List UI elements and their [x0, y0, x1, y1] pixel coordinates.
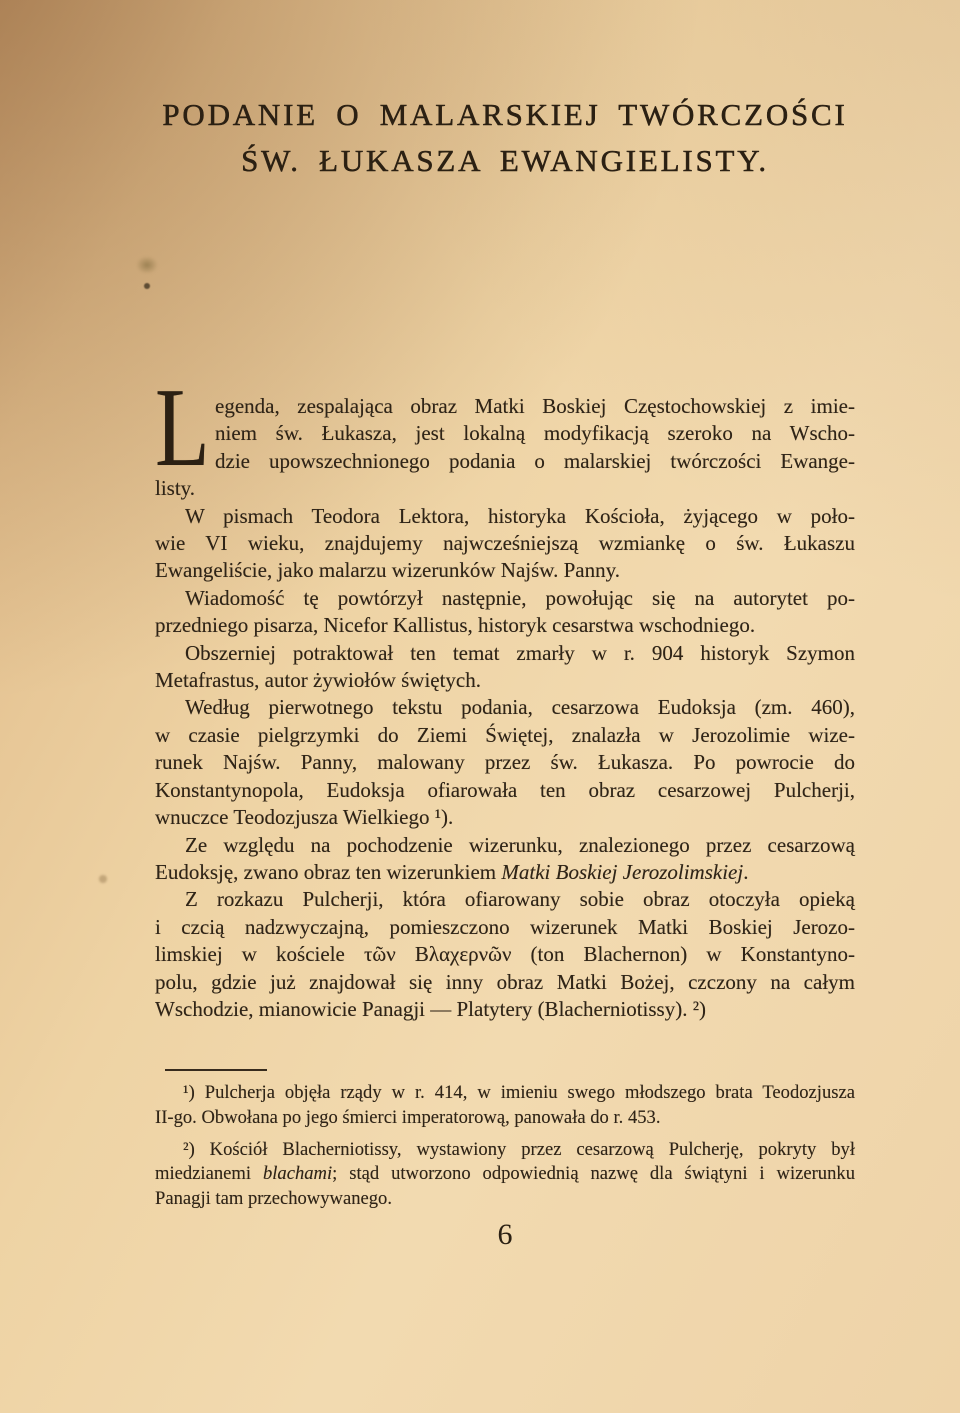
text-run: egenda, zespalająca obraz Matki Boskiej …: [215, 394, 855, 418]
paragraph-1: Legenda, zespalająca obraz Matki Boskiej…: [155, 393, 855, 503]
text-run: .: [743, 860, 748, 884]
text-line: Eudoksję, zwano obraz ten wizerunkiem Ma…: [155, 859, 855, 886]
text-line: wie VI wieku, znajdujemy najwcześniejszą…: [155, 530, 855, 557]
text-run: Ewangeliście, jako malarzu wizerunków Na…: [155, 558, 620, 582]
text-line: Wiadomość tę powtórzył następnie, powołu…: [155, 585, 855, 612]
text-line: Ze względu na pochodzenie wizerunku, zna…: [155, 832, 855, 859]
text-line: dzie upowszechnionego podania o malarski…: [155, 448, 855, 475]
text-line: limskiej w kościele τῶν Βλαχερνῶν (ton B…: [155, 941, 855, 968]
paragraph-6: Ze względu na pochodzenie wizerunku, zna…: [155, 832, 855, 887]
text-run: Ze względu na pochodzenie wizerunku, zna…: [185, 833, 855, 857]
text-line: Panagji tam przechowywanego.: [155, 1187, 855, 1211]
page-title-line-1: PODANIE O MALARSKIEJ TWÓRCZOŚCI: [155, 92, 855, 138]
paragraph-7: Z rozkazu Pulcherji, która ofiarowany so…: [155, 886, 855, 1023]
text-line: egenda, zespalająca obraz Matki Boskiej …: [155, 393, 855, 420]
text-run: runek Najśw. Panny, malowany przez św. Ł…: [155, 750, 855, 774]
page-number: 6: [155, 1218, 855, 1252]
paragraph-4: Obszerniej potraktował ten temat zmarły …: [155, 640, 855, 695]
text-line: runek Najśw. Panny, malowany przez św. Ł…: [155, 749, 855, 776]
text-line: Metafrastus, autor żywiołów świętych.: [155, 667, 855, 694]
text-run: II-go. Obwołana po jego śmierci imperato…: [155, 1107, 661, 1128]
drop-cap: L: [155, 372, 210, 484]
text-line: miedzianemi blachami; stąd utworzono odp…: [155, 1162, 855, 1186]
text-line: Obszerniej potraktował ten temat zmarły …: [155, 640, 855, 667]
footnote-2: ²) Kościół Blacherniotissy, wystawiony p…: [155, 1138, 855, 1211]
paragraph-2: W pismach Teodora Lektora, historyka Koś…: [155, 503, 855, 585]
text-line: Według pierwotnego tekstu podania, cesar…: [155, 694, 855, 721]
text-line: i czcią nadzwyczajną, pomieszczono wizer…: [155, 914, 855, 941]
text-line: wnuczce Teodozjusza Wielkiego ¹).: [155, 804, 855, 831]
paragraph-3: Wiadomość tę powtórzył następnie, powołu…: [155, 585, 855, 640]
text-run: ; stąd utworzono odpowiednią nazwę dla ś…: [332, 1163, 855, 1184]
text-run: Według pierwotnego tekstu podania, cesar…: [185, 695, 855, 719]
text-line: Ewangeliście, jako malarzu wizerunków Na…: [155, 557, 855, 584]
text-run: w czasie pielgrzymki do Ziemi Świętej, z…: [155, 723, 855, 747]
text-line: Z rozkazu Pulcherji, która ofiarowany so…: [155, 886, 855, 913]
text-run: Z rozkazu Pulcherji, która ofiarowany so…: [185, 887, 855, 911]
text-line: przedniego pisarza, Nicefor Kallistus, h…: [155, 612, 855, 639]
text-run: polu, gdzie już znajdował się inny obraz…: [155, 970, 855, 994]
footnotes: ¹) Pulcherja objęła rządy w r. 414, w im…: [155, 1081, 855, 1210]
text-line: listy.: [155, 475, 855, 502]
text-run: Obszerniej potraktował ten temat zmarły …: [185, 641, 855, 665]
text-line: W pismach Teodora Lektora, historyka Koś…: [155, 503, 855, 530]
paragraph-5: Według pierwotnego tekstu podania, cesar…: [155, 694, 855, 831]
text-run: wnuczce Teodozjusza Wielkiego ¹).: [155, 805, 453, 829]
text-line: Wschodzie, mianowicie Panagji — Platyter…: [155, 996, 855, 1023]
text-run: ²) Kościół Blacherniotissy, wystawiony p…: [183, 1139, 855, 1160]
footnote-1: ¹) Pulcherja objęła rządy w r. 414, w im…: [155, 1081, 855, 1130]
scanned-book-page: { "title": { "line1": "PODANIE O MALARSK…: [0, 0, 960, 1413]
text-run: przedniego pisarza, Nicefor Kallistus, h…: [155, 613, 755, 637]
text-run: wie VI wieku, znajdujemy najwcześniejszą…: [155, 531, 855, 555]
text-line: ¹) Pulcherja objęła rządy w r. 414, w im…: [155, 1081, 855, 1105]
text-run: W pismach Teodora Lektora, historyka Koś…: [185, 504, 855, 528]
italic-text: blachami: [263, 1163, 332, 1184]
text-run: dzie upowszechnionego podania o malarski…: [215, 449, 855, 473]
text-line: polu, gdzie już znajdował się inny obraz…: [155, 969, 855, 996]
paper-speck: [99, 875, 107, 883]
italic-text: Matki Boskiej Jerozolimskiej: [501, 860, 743, 884]
text-run: i czcią nadzwyczajną, pomieszczono wizer…: [155, 915, 855, 939]
text-run: miedzianemi: [155, 1163, 263, 1184]
footnote-separator: [165, 1069, 267, 1071]
text-run: Eudoksję, zwano obraz ten wizerunkiem: [155, 860, 501, 884]
text-run: Wiadomość tę powtórzył następnie, powołu…: [185, 586, 855, 610]
page-title-line-2: ŚW. ŁUKASZA EWANGIELISTY.: [155, 138, 855, 184]
body-text: Legenda, zespalająca obraz Matki Boskiej…: [155, 393, 855, 1023]
text-run: Metafrastus, autor żywiołów świętych.: [155, 668, 481, 692]
text-run: niem św. Łukasza, jest lokalną modyfikac…: [215, 421, 855, 445]
page-content: Legenda, zespalająca obraz Matki Boskiej…: [155, 393, 855, 1211]
text-run: Panagji tam przechowywanego.: [155, 1188, 392, 1209]
text-line: ²) Kościół Blacherniotissy, wystawiony p…: [155, 1138, 855, 1162]
text-run: Wschodzie, mianowicie Panagji — Platyter…: [155, 997, 706, 1021]
text-line: II-go. Obwołana po jego śmierci imperato…: [155, 1106, 855, 1130]
text-run: Konstantynopola, Eudoksja ofiarowała ten…: [155, 778, 855, 802]
paper-speck: [144, 283, 150, 289]
paper-smudge: [136, 256, 158, 274]
text-line: niem św. Łukasza, jest lokalną modyfikac…: [155, 420, 855, 447]
page-title: PODANIE O MALARSKIEJ TWÓRCZOŚCI ŚW. ŁUKA…: [155, 92, 855, 184]
text-line: Konstantynopola, Eudoksja ofiarowała ten…: [155, 777, 855, 804]
text-line: w czasie pielgrzymki do Ziemi Świętej, z…: [155, 722, 855, 749]
text-run: limskiej w kościele τῶν Βλαχερνῶν (ton B…: [155, 942, 855, 966]
text-run: ¹) Pulcherja objęła rządy w r. 414, w im…: [183, 1082, 855, 1103]
